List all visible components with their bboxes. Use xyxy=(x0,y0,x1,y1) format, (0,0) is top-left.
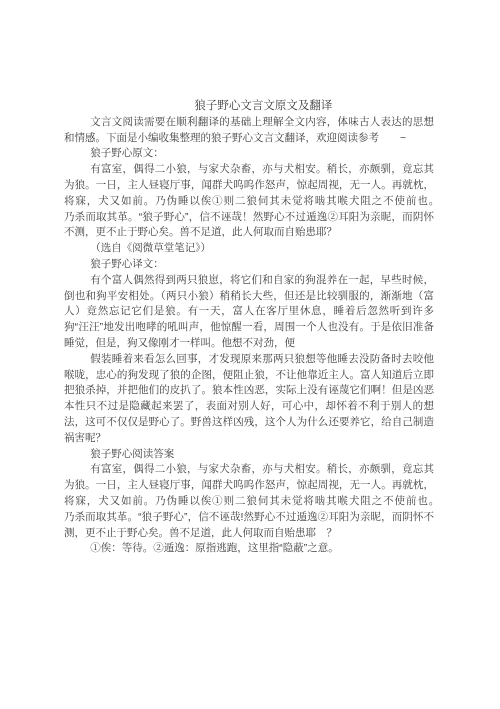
translation-paragraph-2: 假装睡着来看怎么回事，才发现原来那两只狼想等他睡去没防备时去咬他喉咙，忠心的狗发… xyxy=(64,352,434,447)
translation-paragraph-1: 有个富人偶然得到两只狼崽，将它们和自家的狗混养在一起，早些时候，倒也和狗平安相处… xyxy=(64,273,434,352)
answers-text-paragraph: 有富室，偶得二小狼，与家犬杂畜，亦与犬相安。稍长，亦颇驯，竟忘其为狼。一日，主人… xyxy=(64,462,434,541)
footnote-line: ①俟：等待。②遁逸：原指逃跑，这里指“隐蔽”之意。 xyxy=(64,541,434,557)
intro-paragraph: 文言文阅读需要在顺利翻译的基础上理解全文内容，体味古人表达的思想和情感。下面是小… xyxy=(64,115,434,147)
original-heading: 狼子野心原文： xyxy=(64,146,434,162)
source-line: （选自《阅微草堂笔记》） xyxy=(64,241,434,257)
translation-heading: 狼子野心译文： xyxy=(64,257,434,273)
page-title: 狼子野心文言文原文及翻译 xyxy=(64,99,434,115)
answers-heading: 狼子野心阅读答案 xyxy=(64,447,434,463)
original-text-paragraph: 有富室，偶得二小狼，与家犬杂畜，亦与犬相安。稍长，亦颇驯，竟忘其为狼。一日，主人… xyxy=(64,162,434,241)
document-page: 狼子野心文言文原文及翻译 文言文阅读需要在顺利翻译的基础上理解全文内容，体味古人… xyxy=(0,0,500,709)
